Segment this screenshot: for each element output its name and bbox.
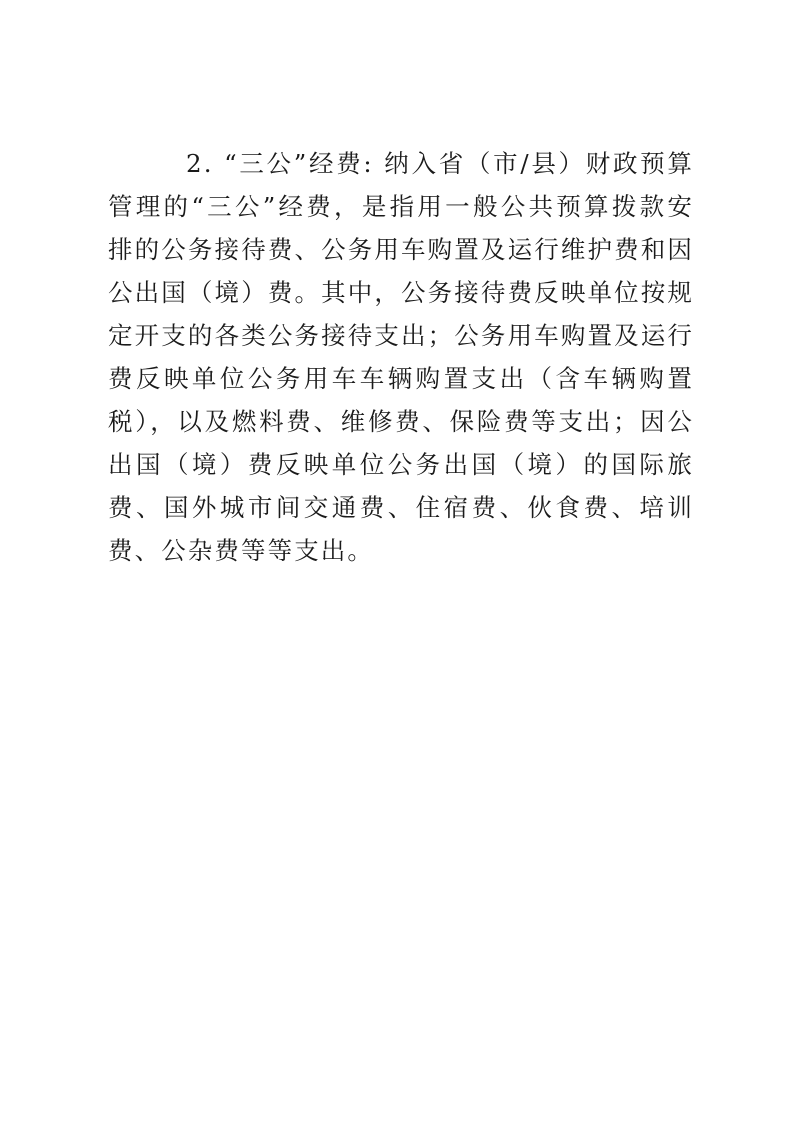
paragraph-san-gong-expenses: 2. “三公”经费: 纳入省（市/县）财政预算管理的“三公”经费，是指用一般公共… [108, 142, 694, 572]
document-page: 2. “三公”经费: 纳入省（市/县）财政预算管理的“三公”经费，是指用一般公共… [0, 0, 800, 1131]
